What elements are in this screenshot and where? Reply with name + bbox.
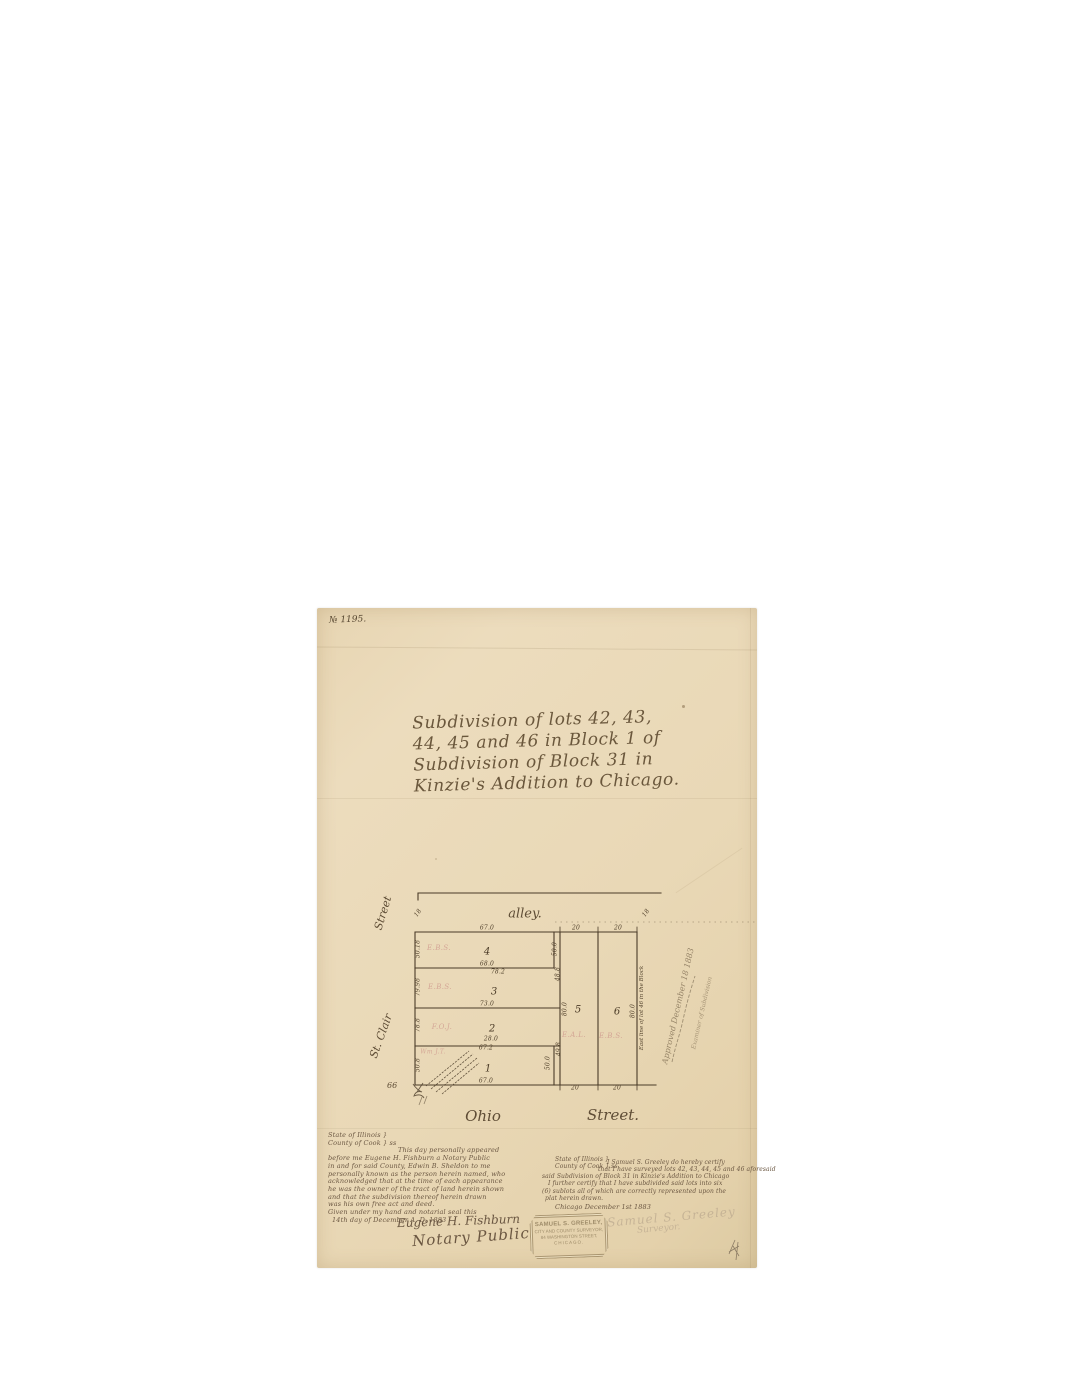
lot5-south-dim: 20 — [571, 1085, 579, 1092]
lot4-west-dim: 50.18 — [415, 940, 422, 958]
lot-number-3: 3 — [491, 987, 497, 998]
surveyor-body-line: said Subdivision of Block 31 in Kinzie's… — [542, 1173, 752, 1180]
lot1-east-dim: 50.0 — [545, 1056, 552, 1070]
lot1-north-dim: 67.2 — [479, 1045, 493, 1052]
surveyor-body: said Subdivision of Block 31 in Kinzie's… — [542, 1173, 752, 1202]
lot-number-4: 4 — [484, 947, 490, 958]
plat-document-paper: № 1195. Subdivision of lots 42, 43, 44, … — [317, 608, 757, 1268]
lot5-west-dim: 80.0 — [562, 1002, 569, 1016]
street-label-lower: Street. — [587, 1106, 639, 1124]
lot1-note-scribble — [426, 1051, 479, 1094]
lot4-owner-initials: E.B.S. — [427, 944, 451, 952]
lot6-south-dim: 20 — [613, 1085, 621, 1092]
lot1-south-dim: 67.0 — [479, 1078, 493, 1085]
lot2-west-dim: 78.8 — [415, 1018, 422, 1032]
lot3-owner-initials: E.B.S. — [428, 983, 452, 991]
lot6-north-dim: 20 — [614, 925, 622, 932]
lot-number-6: 6 — [614, 1007, 620, 1018]
lot-number-5: 5 — [575, 1005, 581, 1016]
corner-dim-66: 66 — [387, 1081, 397, 1090]
east-line-note: East line of lot 46 in the Block — [639, 966, 645, 1050]
mid-dim-lower: 49.8 — [556, 1042, 563, 1056]
lot2-owner-initials: F.O.J. — [432, 1023, 452, 1031]
lot5-owner-initials: E.A.L. — [562, 1031, 586, 1039]
ohio-street-label: Ohio — [465, 1107, 501, 1125]
lot4-north-dim: 67.0 — [480, 925, 494, 932]
lot-number-1: 1 — [485, 1064, 491, 1075]
surveyor-body-line: I further certify that I have subdivided… — [542, 1180, 752, 1187]
surveyor-body-line: (6) sublots all of which are correctly r… — [542, 1188, 752, 1195]
surveyor-body-line: plat herein drawn. — [542, 1195, 752, 1202]
pencil-scribble — [729, 1240, 739, 1260]
lot6-east-dim: 80.0 — [630, 1004, 637, 1018]
lot3-north-dim: 78.2 — [491, 969, 505, 976]
alley-north-line — [418, 893, 661, 900]
surveyor-dateline: Chicago December 1st 1883 — [555, 1204, 651, 1211]
lot3-west-dim: 79.98 — [415, 978, 422, 996]
scan-background: { "colors":{"paper":"#e9d8b6","ink":"#5f… — [0, 0, 1071, 1386]
notary-block: State of Illinois } County of Cook } ss … — [328, 1132, 528, 1224]
lot3-south-dim: 73.0 — [480, 1001, 494, 1008]
lot6-owner-initials: E.B.S. — [599, 1032, 623, 1040]
lot1-owner-initials: Wm J.T. — [420, 1049, 445, 1056]
surveyor-stamp: SAMUEL S. GREELEY, CITY AND COUNTY SURVE… — [529, 1213, 608, 1260]
lot-number-2: 2 — [489, 1024, 495, 1035]
lot1-west-dim: 50.8 — [415, 1058, 422, 1072]
lot5-north-dim: 20 — [572, 925, 580, 932]
lot2-south-dim: 28.0 — [484, 1036, 498, 1043]
lot4-south-dim: 68.0 — [480, 961, 494, 968]
mid-dim-upper: 48.8 — [555, 967, 562, 981]
lot4-east-dim: 50.0 — [552, 942, 559, 956]
alley-label: alley. — [508, 907, 542, 922]
